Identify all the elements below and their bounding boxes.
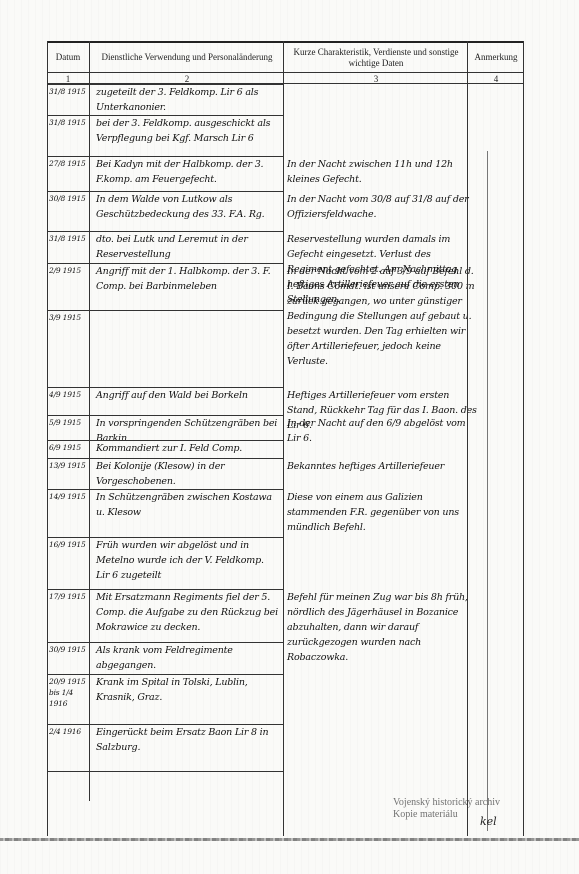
row-divider <box>47 537 283 538</box>
row-service: Früh wurden wir abgelöst und in Metelno … <box>96 538 279 583</box>
row-divider <box>47 263 283 264</box>
row-service: Kommandiert zur I. Feld Comp. <box>96 441 279 456</box>
row-notes: In der Nacht zwischen 11h und 12h kleine… <box>287 157 477 187</box>
column-rule <box>467 41 468 836</box>
column-rule <box>523 41 524 836</box>
row-notes: In der Nacht vom 2 auf 3/9 auf Befehl d.… <box>287 264 477 369</box>
row-date: 31/8 1915 <box>49 117 89 128</box>
row-divider <box>47 387 283 388</box>
row-date: 4/9 1915 <box>49 389 89 400</box>
row-service: In dem Walde von Lutkow als Geschützbede… <box>96 192 279 222</box>
row-notes: Befehl für meinen Zug war bis 8h früh, n… <box>287 590 477 665</box>
row-date: 20/9 1915 bis 1/4 1916 <box>49 676 89 709</box>
row-notes: In der Nacht vom 30/8 auf 31/8 auf der O… <box>287 192 477 222</box>
row-date: 14/9 1915 <box>49 491 89 502</box>
row-date: 31/8 1915 <box>49 86 89 97</box>
row-divider <box>47 642 283 643</box>
row-service: Krank im Spital in Tolski, Lublin, Krasn… <box>96 675 279 705</box>
row-service: dto. bei Lutk und Leremut in der Reserve… <box>96 232 279 262</box>
row-divider <box>47 458 283 459</box>
header-rule <box>47 83 523 84</box>
row-notes: In der Nacht auf den 6/9 abgelöst vom Li… <box>287 416 477 446</box>
row-date: 31/8 1915 <box>49 233 89 244</box>
row-divider <box>47 674 283 675</box>
torn-edge <box>0 838 579 841</box>
header-rule <box>47 41 523 43</box>
column-rule <box>283 41 284 836</box>
header-anmerkung: Anmerkung <box>469 43 523 72</box>
row-date: 16/9 1915 <box>49 539 89 550</box>
document-page: Datum Dienstliche Verwendung und Persona… <box>0 0 579 874</box>
row-divider <box>47 589 283 590</box>
row-date: 17/9 1915 <box>49 591 89 602</box>
row-service: Mit Ersatzmann Regiments fiel der 5. Com… <box>96 590 279 635</box>
header-datum: Datum <box>47 43 89 72</box>
row-divider <box>47 771 283 772</box>
row-divider <box>47 440 283 441</box>
row-date: 3/9 1915 <box>49 312 89 323</box>
row-date: 30/9 1915 <box>49 644 89 655</box>
column-rule-faint <box>487 151 488 831</box>
row-date: 2/9 1915 <box>49 265 89 276</box>
row-notes: Diese von einem aus Galizien stammenden … <box>287 490 477 535</box>
row-service: Eingerückt beim Ersatz Baon Lir 8 in Sal… <box>96 725 279 755</box>
row-date: 13/9 1915 <box>49 460 89 471</box>
row-service: Angriff mit der 1. Halbkomp. der 3. F. C… <box>96 264 279 294</box>
signature: kel <box>480 815 497 828</box>
row-service: zugeteilt der 3. Feldkomp. Lir 6 als Unt… <box>96 85 279 115</box>
row-divider <box>47 489 283 490</box>
row-service: Als krank vom Feldregimente abgegangen. <box>96 643 279 673</box>
row-notes: Bekanntes heftiges Artilleriefeuer <box>287 459 477 474</box>
watermark-line-1: Vojenský historický archiv <box>393 797 500 809</box>
row-service: bei der 3. Feldkomp. ausgeschickt als Ve… <box>96 116 279 146</box>
row-service: Bei Kolonije (Klesow) in der Vorgeschobe… <box>96 459 279 489</box>
header-charakteristik: Kurze Charakteristik, Verdienste und son… <box>285 43 467 72</box>
row-divider <box>47 115 283 116</box>
row-divider <box>47 310 283 311</box>
row-divider <box>47 231 283 232</box>
row-service: Bei Kadyn mit der Halbkomp. der 3. F.kom… <box>96 157 279 187</box>
header-rule <box>47 72 523 73</box>
column-rule <box>89 41 90 801</box>
row-divider <box>47 415 283 416</box>
row-service: Angriff auf den Wald bei Borkeln <box>96 388 279 403</box>
row-date: 30/8 1915 <box>49 193 89 204</box>
row-date: 2/4 1916 <box>49 726 89 737</box>
column-rule <box>47 41 48 836</box>
header-dienstliche-verwendung: Dienstliche Verwendung und Personaländer… <box>91 43 283 72</box>
row-divider <box>47 191 283 192</box>
row-date: 6/9 1915 <box>49 442 89 453</box>
row-service: In Schützengräben zwischen Kostawa u. Kl… <box>96 490 279 520</box>
row-divider <box>47 724 283 725</box>
row-date: 5/9 1915 <box>49 417 89 428</box>
row-date: 27/8 1915 <box>49 158 89 169</box>
row-divider <box>47 156 283 157</box>
row-divider <box>47 84 283 85</box>
